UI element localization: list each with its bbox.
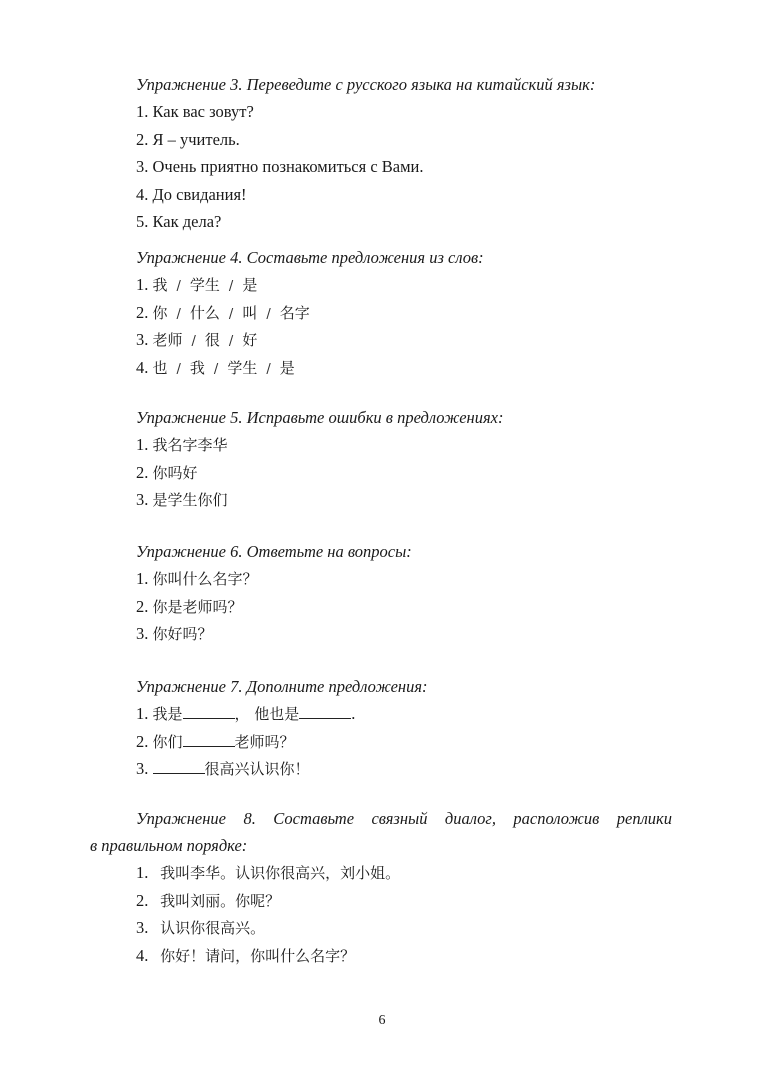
item-number: 2. <box>136 887 156 915</box>
item-number: 2. <box>136 728 148 756</box>
exercise-title: Упражнение 5. Исправьте ошибки в предлож… <box>136 404 676 431</box>
exercise-3: Упражнение 3. Переведите с русского язык… <box>136 71 676 236</box>
word-separator: / <box>177 356 181 384</box>
item-text: 你们 <box>153 733 183 751</box>
exercise-item: 2. 你/什么/叫/名字 <box>136 299 676 327</box>
item-text: Я – учитель. <box>153 130 240 149</box>
item-text: 认识你很高兴。 <box>160 919 265 937</box>
exercise-6: Упражнение 6. Ответьте на вопросы: 1. 你叫… <box>136 538 676 648</box>
exercise-5: Упражнение 5. Исправьте ошибки в предлож… <box>136 404 676 514</box>
document-page: Упражнение 3. Переведите с русского язык… <box>0 0 764 1080</box>
exercise-item: 3. 认识你很高兴。 <box>90 914 672 942</box>
item-text: 你叫什么名字？ <box>153 570 258 588</box>
item-text: 我叫李华。认识你很高兴，刘小姐。 <box>160 864 400 882</box>
word-separator: / <box>266 301 270 329</box>
item-number: 3. <box>136 486 148 514</box>
word-separator: / <box>266 356 270 384</box>
word: 好 <box>242 331 257 349</box>
exercise-8: Упражнение 8. Составьте связный диалог, … <box>90 805 672 969</box>
exercise-title-continued: в правильном порядке: <box>90 832 672 859</box>
exercise-item: 1. Как вас зовут? <box>136 98 676 126</box>
exercise-item: 1. 我/学生/是 <box>136 271 676 299</box>
item-text: Как вас зовут? <box>153 102 254 121</box>
exercise-item: 2. 我叫刘丽。你呢？ <box>90 887 672 915</box>
exercise-item: 1. 我名字李华 <box>136 431 676 459</box>
word: 很 <box>205 331 220 349</box>
item-number: 3. <box>136 153 148 181</box>
item-text: 老师吗？ <box>235 733 295 751</box>
item-text: Очень приятно познакомиться с Вами. <box>153 157 424 176</box>
item-number: 1. <box>136 98 148 126</box>
word: 什么 <box>190 304 220 322</box>
exercise-item: 2. Я – учитель. <box>136 126 676 154</box>
word: 是 <box>280 359 295 377</box>
word-separator: / <box>192 328 196 356</box>
item-number: 2. <box>136 126 148 154</box>
exercise-item: 3. 很高兴认识你！ <box>136 755 676 783</box>
item-number: 2. <box>136 593 148 621</box>
word-separator: / <box>214 356 218 384</box>
exercise-4: Упражнение 4. Составьте предложения из с… <box>136 244 676 381</box>
word: 叫 <box>242 304 257 322</box>
exercise-item: 2. 你是老师吗？ <box>136 593 676 621</box>
exercise-item: 4. 你好！请问，你叫什么名字？ <box>90 942 672 970</box>
word-separator: / <box>177 301 181 329</box>
item-text: 我是 <box>153 705 183 723</box>
item-number: 2. <box>136 299 148 327</box>
item-text: 我名字李华 <box>153 436 228 454</box>
exercise-item: 1. 我叫李华。认识你很高兴，刘小姐。 <box>90 859 672 887</box>
item-text: 你好吗？ <box>153 625 213 643</box>
item-number: 2. <box>136 459 148 487</box>
word: 我 <box>153 276 168 294</box>
item-text: 你好！请问，你叫什么名字？ <box>160 947 355 965</box>
exercise-item: 3. 你好吗？ <box>136 620 676 648</box>
word: 名字 <box>280 304 310 322</box>
word-separator: / <box>229 301 233 329</box>
item-number: 1. <box>136 271 148 299</box>
word: 老师 <box>153 331 183 349</box>
item-number: 1. <box>136 431 148 459</box>
exercise-item: 1. 你叫什么名字？ <box>136 565 676 593</box>
exercise-title: Упражнение 4. Составьте предложения из с… <box>136 244 676 271</box>
word-separator: / <box>177 273 181 301</box>
item-text: 我叫刘丽。你呢？ <box>160 892 280 910</box>
exercise-7: Упражнение 7. Дополните предложения: 1. … <box>136 673 676 783</box>
exercise-item: 2. 你吗好 <box>136 459 676 487</box>
item-text: 你吗好 <box>153 464 198 482</box>
fill-in-blank <box>183 702 235 719</box>
item-number: 4. <box>136 181 148 209</box>
fill-in-blank <box>183 730 235 747</box>
exercise-item: 2. 你们老师吗？ <box>136 728 676 756</box>
item-number: 1. <box>136 700 148 728</box>
word: 学生 <box>190 276 220 294</box>
exercise-title: Упражнение 3. Переведите с русского язык… <box>136 71 676 98</box>
item-number: 3. <box>136 755 148 783</box>
exercise-item: 3. 老师/很/好 <box>136 326 676 354</box>
exercise-item: 1. 我是， 他也是. <box>136 700 676 728</box>
word: 学生 <box>227 359 257 377</box>
exercise-item: 4. До свидания! <box>136 181 676 209</box>
item-number: 1. <box>136 859 156 887</box>
exercise-item: 3. Очень приятно познакомиться с Вами. <box>136 153 676 181</box>
word-separator: / <box>229 328 233 356</box>
exercise-title: Упражнение 8. Составьте связный диалог, … <box>90 805 672 832</box>
item-number: 3. <box>136 914 156 942</box>
item-number: 1. <box>136 565 148 593</box>
exercise-title: Упражнение 6. Ответьте на вопросы: <box>136 538 676 565</box>
item-number: 4. <box>136 354 148 382</box>
exercise-title: Упражнение 7. Дополните предложения: <box>136 673 676 700</box>
item-text: 你是老师吗？ <box>153 598 243 616</box>
word-separator: / <box>229 273 233 301</box>
fill-in-blank <box>153 757 205 774</box>
item-text: 很高兴认识你！ <box>205 760 310 778</box>
item-number: 4. <box>136 942 156 970</box>
word: 也 <box>153 359 168 377</box>
exercise-item: 4. 也/我/学生/是 <box>136 354 676 382</box>
item-number: 5. <box>136 208 148 236</box>
word: 是 <box>242 276 257 294</box>
exercise-item: 5. Как дела? <box>136 208 676 236</box>
item-number: 3. <box>136 620 148 648</box>
word: 我 <box>190 359 205 377</box>
item-text: 是学生你们 <box>153 491 228 509</box>
item-text: . <box>351 704 355 723</box>
exercise-item: 3. 是学生你们 <box>136 486 676 514</box>
item-text: Как дела? <box>153 212 222 231</box>
page-number: 6 <box>0 1013 764 1029</box>
item-text: До свидания! <box>153 185 247 204</box>
fill-in-blank <box>299 702 351 719</box>
word: 你 <box>153 304 168 322</box>
item-number: 3. <box>136 326 148 354</box>
item-text: ， 他也是 <box>235 705 300 723</box>
